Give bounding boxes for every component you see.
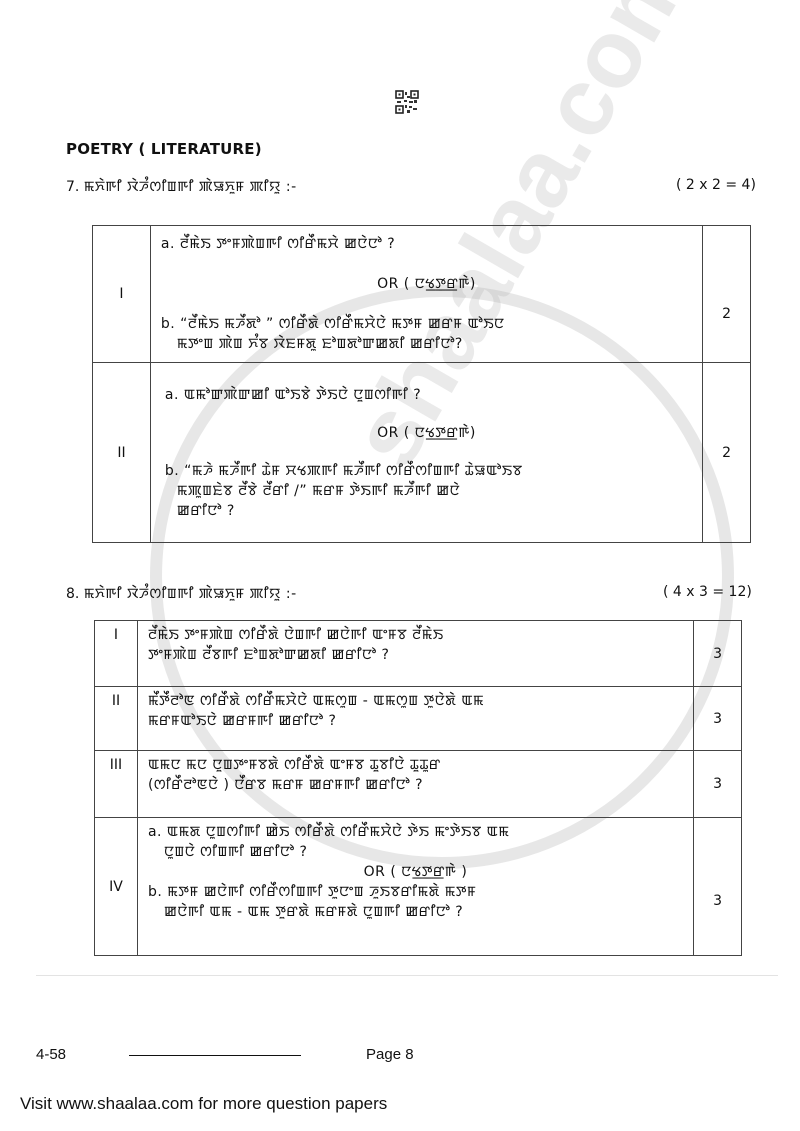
- marks-cell: 2: [703, 226, 751, 363]
- option-b-cont: ꯀꯅꯥꯒꯤ ꯑꯃ - ꯑꯃ ꯇꯨꯔꯗꯥ ꯃꯔꯝꯗꯥ ꯅꯨꯡꯒꯤ ꯀꯔꯤꯅꯣ ?: [148, 902, 683, 922]
- promo-link[interactable]: Visit www.shaalaa.com for more question …: [20, 1094, 387, 1114]
- marks-cell: 3: [694, 621, 742, 687]
- option-b-cont: ꯃꯇꯦꯡ ꯄꯥꯡ ꯈꯪꯕ ꯋꯥꯐꯝꯗꯨ ꯐꯣꯡꯗꯣꯛꯀꯗꯤ ꯀꯔꯤꯅꯣ?: [161, 334, 692, 354]
- section-title: POETRY ( LITERATURE): [66, 140, 262, 158]
- question-line: (ꯁꯤꯔꯩꯂꯣꯟꯅꯥ ) ꯅꯩꯔꯕ ꯃꯔꯝ ꯀꯔꯝꯒꯤ ꯀꯔꯤꯅꯣ ?: [148, 775, 683, 795]
- marks-cell: 3: [694, 687, 742, 751]
- page-separator: [36, 975, 778, 976]
- question-cell: ꯂꯩꯃꯥꯏ ꯇꯦꯝꯄꯥꯡ ꯁꯤꯔꯩꯗꯥ ꯅꯥꯡꯒꯤ ꯀꯅꯥꯒꯤ ꯑꯦꯝꯕ ꯂꯩꯃ…: [137, 621, 693, 687]
- question-cell: ꯃꯩꯇꯩꯂꯣꯟ ꯁꯤꯔꯩꯗꯥ ꯁꯤꯔꯩꯃꯆꯥꯅꯥ ꯑꯃꯁꯨꯡ - ꯑꯃꯁꯨꯡ ꯇ…: [137, 687, 693, 751]
- question-7-instruction: 7. ꯃꯈꯥꯒꯤ ꯋꯥꯍꯪꯁꯤꯡꯒꯤ ꯄꯥꯎꯈꯨꯝ ꯄꯤꯌꯨ :-: [66, 177, 297, 196]
- question-line: ꯇꯦꯝꯄꯥꯡ ꯂꯩꯕꯒꯤ ꯐꯣꯡꯗꯣꯛꯀꯗꯤ ꯀꯔꯤꯅꯣ ?: [148, 645, 683, 665]
- option-b-cont: ꯀꯔꯤꯅꯣ ?: [161, 501, 692, 521]
- option-b-cont: ꯃꯄꯨꯡꯐꯥꯕ ꯂꯩꯕꯥ ꯂꯩꯔꯤ /” ꯃꯔꯝ ꯇꯥꯏꯒꯤ ꯃꯍꯩꯒꯤ ꯀꯅꯥ: [161, 481, 692, 501]
- row-label: II: [93, 363, 151, 543]
- question-line: ꯂꯩꯃꯥꯏ ꯇꯦꯝꯄꯥꯡ ꯁꯤꯔꯩꯗꯥ ꯅꯥꯡꯒꯤ ꯀꯅꯥꯒꯤ ꯑꯦꯝꯕ ꯂꯩꯃ…: [148, 625, 683, 645]
- question-8-instruction: 8. ꯃꯈꯥꯒꯤ ꯋꯥꯍꯪꯁꯤꯡꯒꯤ ꯄꯥꯎꯈꯨꯝ ꯄꯤꯌꯨ :-: [66, 584, 297, 603]
- row-label: I: [93, 226, 151, 363]
- or-divider: OR ( ꯅꯠ꯭ꯇ꯭ꯔꯒꯥ): [161, 423, 692, 443]
- table-row: I ꯂꯩꯃꯥꯏ ꯇꯦꯝꯄꯥꯡ ꯁꯤꯔꯩꯗꯥ ꯅꯥꯡꯒꯤ ꯀꯅꯥꯒꯤ ꯑꯦꯝꯕ ꯂ…: [95, 621, 742, 687]
- option-b: b. “ꯂꯩꯃꯥꯏ ꯃꯍꯩꯗꯣ ” ꯁꯤꯔꯩꯗꯥ ꯁꯤꯔꯩꯃꯆꯥꯅꯥ ꯃꯇꯝ ꯀ…: [161, 314, 692, 334]
- table-row: II ꯃꯩꯇꯩꯂꯣꯟ ꯁꯤꯔꯩꯗꯥ ꯁꯤꯔꯩꯃꯆꯥꯅꯥ ꯑꯃꯁꯨꯡ - ꯑꯃꯁꯨ…: [95, 687, 742, 751]
- question-number: 7.: [66, 179, 79, 195]
- question-cell: ꯑꯃꯅ ꯃꯅ ꯅꯨꯡꯇꯦꯝꯕꯗꯥ ꯁꯤꯔꯩꯗꯥ ꯑꯦꯝꯕ ꯊꯨꯕꯤꯅꯥ ꯊꯨꯊꯨ…: [137, 751, 693, 818]
- question-cell: a. ꯑꯃꯗ ꯅꯨꯡꯁꯤꯒꯤ ꯀꯥꯏ ꯁꯤꯔꯩꯗꯥ ꯁꯤꯔꯩꯃꯆꯥꯅꯥ ꯇꯥꯏ …: [137, 818, 693, 956]
- question-line: ꯃꯩꯇꯩꯂꯣꯟ ꯁꯤꯔꯩꯗꯥ ꯁꯤꯔꯩꯃꯆꯥꯅꯥ ꯑꯃꯁꯨꯡ - ꯑꯃꯁꯨꯡ ꯇ…: [148, 691, 683, 711]
- table-row: IV a. ꯑꯃꯗ ꯅꯨꯡꯁꯤꯒꯤ ꯀꯥꯏ ꯁꯤꯔꯩꯗꯥ ꯁꯤꯔꯩꯃꯆꯥꯅꯥ ꯇ…: [95, 818, 742, 956]
- option-b: b. ꯃꯇꯝ ꯀꯅꯥꯒꯤ ꯁꯤꯔꯩꯁꯤꯡꯒꯤ ꯇꯨꯅꯦꯡ ꯍꯨꯏꯕꯔꯤꯃꯗꯥ ꯃ…: [148, 882, 683, 902]
- option-a: a. ꯑꯃꯣꯛꯄꯥꯛꯀꯤ ꯑꯣꯏꯕꯥ ꯇꯥꯏꯅꯥ ꯅꯨꯡꯁꯤꯒꯤ ?: [161, 385, 692, 405]
- question-7-table: I a. ꯂꯩꯃꯥꯏ ꯇꯦꯝꯄꯥꯡꯒꯤ ꯁꯤꯔꯩꯃꯆꯥ ꯀꯅꯥꯅꯣ ? OR (…: [92, 225, 751, 543]
- row-label: III: [95, 751, 138, 818]
- question-line: ꯑꯃꯅ ꯃꯅ ꯅꯨꯡꯇꯦꯝꯕꯗꯥ ꯁꯤꯔꯩꯗꯥ ꯑꯦꯝꯕ ꯊꯨꯕꯤꯅꯥ ꯊꯨꯊꯨ…: [148, 755, 683, 775]
- footer-rule: [129, 1055, 301, 1056]
- table-row: II a. ꯑꯃꯣꯛꯄꯥꯛꯀꯤ ꯑꯣꯏꯕꯥ ꯇꯥꯏꯅꯥ ꯅꯨꯡꯁꯤꯒꯤ ? OR…: [93, 363, 751, 543]
- qr-code-icon: [395, 90, 419, 114]
- or-divider: OR ( ꯅꯠ꯭ꯇ꯭ꯔꯒꯥ ): [148, 862, 683, 882]
- row-label: II: [95, 687, 138, 751]
- table-row: I a. ꯂꯩꯃꯥꯏ ꯇꯦꯝꯄꯥꯡꯒꯤ ꯁꯤꯔꯩꯃꯆꯥ ꯀꯅꯥꯅꯣ ? OR (…: [93, 226, 751, 363]
- question-cell: a. ꯑꯃꯣꯛꯄꯥꯛꯀꯤ ꯑꯣꯏꯕꯥ ꯇꯥꯏꯅꯥ ꯅꯨꯡꯁꯤꯒꯤ ? OR ( …: [150, 363, 702, 543]
- marks-cell: 3: [694, 751, 742, 818]
- paper-code: 4-58: [36, 1046, 66, 1063]
- marks-scheme: ( 2 x 2 = 4): [676, 177, 756, 193]
- marks-cell: 2: [703, 363, 751, 543]
- option-b: b. “ꯃꯍꯥ ꯃꯍꯩꯒꯤ ꯊꯥꯝ ꯆꯠꯄꯒꯤ ꯃꯍꯩꯒꯤ ꯁꯤꯔꯩꯁꯤꯡꯒꯤ …: [161, 461, 692, 481]
- instruction-text: ꯃꯈꯥꯒꯤ ꯋꯥꯍꯪꯁꯤꯡꯒꯤ ꯄꯥꯎꯈꯨꯝ ꯄꯤꯌꯨ :-: [84, 179, 297, 195]
- marks-scheme: ( 4 x 3 = 12): [663, 584, 752, 600]
- option-a: a. ꯑꯃꯗ ꯅꯨꯡꯁꯤꯒꯤ ꯀꯥꯏ ꯁꯤꯔꯩꯗꯥ ꯁꯤꯔꯩꯃꯆꯥꯅꯥ ꯇꯥꯏ …: [148, 822, 683, 842]
- row-label: I: [95, 621, 138, 687]
- or-divider: OR ( ꯅꯠ꯭ꯇ꯭ꯔꯒꯥ): [161, 274, 692, 294]
- row-label: IV: [95, 818, 138, 956]
- option-a-cont: ꯅꯨꯡꯅꯥ ꯁꯤꯡꯒꯤ ꯀꯔꯤꯅꯣ ?: [148, 842, 683, 862]
- option-a: a. ꯂꯩꯃꯥꯏ ꯇꯦꯝꯄꯥꯡꯒꯤ ꯁꯤꯔꯩꯃꯆꯥ ꯀꯅꯥꯅꯣ ?: [161, 234, 692, 254]
- instruction-text: ꯃꯈꯥꯒꯤ ꯋꯥꯍꯪꯁꯤꯡꯒꯤ ꯄꯥꯎꯈꯨꯝ ꯄꯤꯌꯨ :-: [84, 586, 297, 602]
- question-cell: a. ꯂꯩꯃꯥꯏ ꯇꯦꯝꯄꯥꯡꯒꯤ ꯁꯤꯔꯩꯃꯆꯥ ꯀꯅꯥꯅꯣ ? OR ( ꯅ…: [150, 226, 702, 363]
- question-number: 8.: [66, 586, 79, 602]
- marks-cell: 3: [694, 818, 742, 956]
- page-number: Page 8: [366, 1046, 414, 1063]
- question-line: ꯃꯔꯝꯑꯣꯏꯅꯥ ꯀꯔꯝꯒꯤ ꯀꯔꯤꯅꯣ ?: [148, 711, 683, 731]
- table-row: III ꯑꯃꯅ ꯃꯅ ꯅꯨꯡꯇꯦꯝꯕꯗꯥ ꯁꯤꯔꯩꯗꯥ ꯑꯦꯝꯕ ꯊꯨꯕꯤꯅꯥ …: [95, 751, 742, 818]
- question-8-table: I ꯂꯩꯃꯥꯏ ꯇꯦꯝꯄꯥꯡ ꯁꯤꯔꯩꯗꯥ ꯅꯥꯡꯒꯤ ꯀꯅꯥꯒꯤ ꯑꯦꯝꯕ ꯂ…: [94, 620, 742, 956]
